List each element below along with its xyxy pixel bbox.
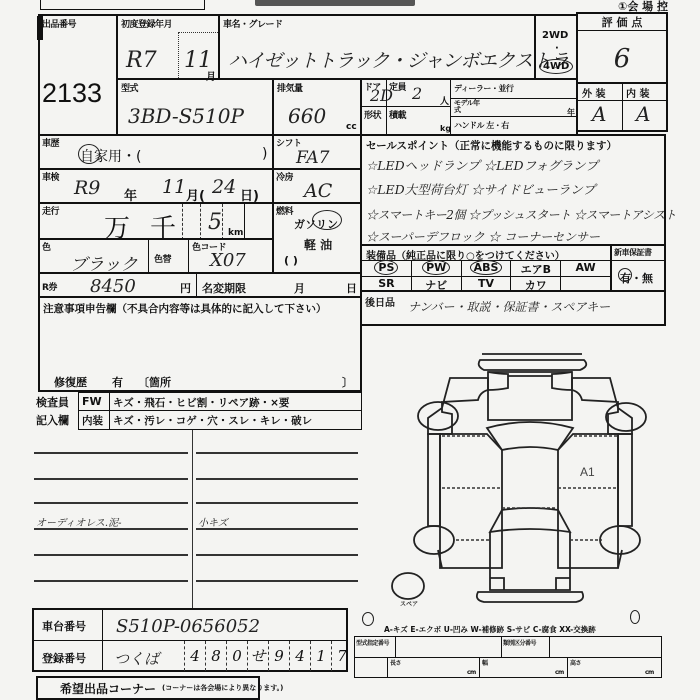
header-boxes [40,0,205,10]
legend-circle-icon [362,612,374,626]
model-grade: ハイゼットトラック・ジャンボエクストラ [228,46,568,73]
plate-label: 登録番号 [42,650,86,666]
left-front-fender [428,378,488,434]
capacity-label: 定員 [389,80,406,93]
interior-items: キズ・汚レ・コゲ・穴・スレ・キレ・破レ [113,413,312,428]
inspection-year: R9 [74,177,100,199]
displacement-label: 排気量 [277,81,303,94]
notes-title: 注意事項申告欄（不具合内容等は具体的に記入して下さい） [43,301,327,316]
inspector-grid: FW キズ・飛石・ヒビ割・リペア跡・×要 内装 キズ・汚レ・コゲ・穴・スレ・キレ… [78,392,362,430]
corner-box: 希望出品コーナー (コーナーは各会場により異なります。) [36,676,260,700]
ruled-line [196,580,358,582]
color-cell: 色 ブラック 色替 色コード X07 [38,238,274,274]
chassis-number: S510P-0656052 [116,616,260,637]
height-label: 高さ [570,658,581,667]
overall-score: 6 [578,44,666,74]
ac-cell: 冷房 AC [272,168,362,204]
ruled-line [34,554,188,556]
equipment-item: ABS [462,261,512,276]
kg-unit: kg [440,124,451,133]
right-side-sill [618,434,632,526]
warranty-box: 新車保証書 有・無 [610,244,666,292]
spec-grid: ドア 2D 定員 2 人 形状 積載 kg ディーラー・並行 モデル年式 年 ハ… [360,78,578,136]
mileage-cell: 走行 万 千 5 km [38,202,274,240]
damage-mark-a1: A1 [580,465,595,479]
first-registration-label: 初度登録年月 [121,17,172,30]
color-change-label: 色替 [154,252,171,265]
dimension-grid: 型式指定番号 類別区分番号 長さ cm 幅 cm 高さ cm [354,636,662,678]
ruled-line [196,478,358,480]
displacement: 660 [288,104,326,128]
fuel-cell: 燃料 ガソリン 軽 油 ( ) [272,202,362,274]
drive-2wd: 2WD [542,30,568,41]
month-divider [178,32,179,80]
model-type-cell: 型式 3BD-S510P [116,78,274,136]
usage-label: 車歴 [42,136,59,149]
ruled-line [34,452,188,454]
width-label: 幅 [482,658,488,667]
load-label: 積載 [389,108,406,121]
length-label: 長さ [390,658,401,667]
sales-point-line: ☆LEDヘッドランプ ☆LEDフォグランプ [366,156,598,174]
wheel-rear-left [414,526,454,554]
yen-unit: 円 [180,280,191,296]
equipment-item: エアB [511,261,561,276]
recycle-fee: 8450 [90,276,136,297]
equipment-box: 装備品（純正品に限り○をつけてください） PSPWABSエアBAW SRナビTV… [360,244,612,292]
wheel-rear-right [600,526,640,554]
exterior-label: 外 装 [582,85,605,100]
shift: FA7 [296,148,329,168]
drive-type-cell: 2WD · 4WD [534,14,578,80]
equipment-row: PSPWABSエアBAW [362,261,610,276]
drive-4wd-circled: 4WD [539,59,573,74]
right-body-side [558,434,618,568]
ruled-line [196,554,358,556]
fuel-label: 燃料 [276,204,293,217]
entry-label: 記入欄 [36,412,69,428]
inspector-note-right: 小キズ [198,514,228,529]
model-designation-label: 型式指定番号 [356,638,389,647]
displacement-cell: 排気量 660 cc [272,78,362,136]
chassis-label: 車台番号 [42,618,86,634]
category-number-label: 類別区分番号 [503,638,536,647]
notes-divider [192,430,193,608]
left-side-sill [428,434,440,526]
windshield [487,422,573,450]
notes-box: 注意事項申告欄（不具合内容等は具体的に記入して下さい） 修復歴 有 〔箇所 〕 [38,296,362,392]
cm-unit: cm [645,669,654,676]
plate-number: 480せ9417 [184,641,352,671]
shape-label: 形状 [364,108,381,121]
chassis-box: 車台番号 登録番号 S510P-0656052 つくば 480せ9417 [32,608,348,672]
usage-close: ) [262,146,267,162]
score-label: 評 価 点 [578,14,666,31]
first-registration-cell: 初度登録年月 R7 11 月 [116,14,220,80]
warranty-circle [618,268,632,282]
capacity: 2 [412,84,422,103]
plate-char: 7 [331,641,352,671]
plate-char: 0 [226,641,247,671]
model-type-label: 型式 [121,81,138,94]
name-change-label: 名変期限 [202,280,246,296]
score-box: 評 価 点 6 外 装 内 装 A A [576,12,668,132]
usage-circle [78,144,100,164]
usage-cell: 車歴 自家用・( ) [38,134,274,170]
legend-zero-mark [630,610,640,624]
month-divider-top [178,32,220,33]
ruled-line [196,502,358,504]
recycle-cell: R券 8450 円 名変期限 月 日 [38,272,362,298]
ac-label: 冷房 [276,170,293,183]
model-grade-label: 車名・グレード [223,17,283,30]
plate-char: せ [247,641,268,671]
spare-label: スペア [400,601,418,608]
ruled-line [196,452,358,454]
header-title-fragment [255,0,415,6]
color-code: X07 [210,250,246,271]
corner-title: 希望出品コーナー [60,680,156,697]
nc-day: 日 [346,280,357,296]
cm-unit: cm [467,669,476,676]
color-label: 色 [42,240,51,253]
corner-mark [37,16,43,40]
spare-tire [392,573,424,599]
inspection-cell: 車検 R9 年 11 月( 24 日) [38,168,274,204]
first-reg-year: R7 [126,48,157,73]
lot-number-label: 出品番号 [42,17,76,30]
recycle-label: R券 [42,280,57,293]
later-items: ナンバー・取説・保証書・スペアキー [408,298,610,315]
front-bumper [479,360,587,370]
plate-region: つくば [114,648,159,669]
mileage-label: 走行 [42,204,59,217]
ruled-line [34,502,188,504]
lot-number-box: 出品番号 2133 [38,14,118,136]
exterior-score: A [592,102,606,126]
hood [488,372,572,420]
interior-label: 内装 [82,413,103,428]
model-year-label: モデル年式 [454,100,484,114]
plate-char: 1 [310,641,331,671]
km-unit: km [228,228,243,238]
sales-points-title: セールスポイント（正常に機能するものに限ります） [366,138,617,153]
equipment-item: PS [362,261,412,276]
dealer-parallel-label: ディーラー・並行 [454,83,513,94]
repair-history-label: 修復歴 [54,374,87,390]
inspection-day: 24 [212,176,236,198]
repair-place: 〔箇所 [138,374,171,390]
damage-legend: A-キズ E-エクボ U-凹み W-補修跡 S-サビ C-腐食 XX-交換跡 [384,624,596,635]
model-type: 3BD-S510P [128,104,244,128]
inspection-month: 11 [162,176,186,198]
corner-note: (コーナーは各会場により異なります。) [162,683,283,693]
interior-label: 内 装 [626,85,649,100]
cm-unit: cm [555,669,564,676]
equipment-item: AW [561,261,610,276]
plate-char: 8 [205,641,226,671]
repair-close: 〕 [342,374,353,390]
later-items-label: 後日品 [365,294,395,309]
model-year-unit: 年 [567,107,575,118]
equipment-item: PW [412,261,462,276]
fw-items: キズ・飛石・ヒビ割・リペア跡・×要 [113,395,289,410]
fuel-other: ( ) [284,254,298,267]
capacity-unit: 人 [440,94,449,107]
warranty-label: 新車保証書 [614,247,652,258]
inspector-note-left: オーディオレス.泥- [36,514,121,529]
wheel-front-right [606,403,646,431]
mileage-value: 5 [208,210,222,235]
nc-month: 月 [294,280,305,296]
model-grade-cell: 車名・グレード ハイゼットトラック・ジャンボエクストラ [218,14,536,80]
sales-point-line: ☆LED大型荷台灯 ☆サイドビューランプ [366,180,595,198]
right-front-fender [572,378,632,434]
repair-has: 有 [112,374,123,390]
sales-points-box: セールスポイント（正常に機能するものに限ります） ☆LEDヘッドランプ ☆LED… [360,134,666,246]
handle-label: ハンドル 左・右 [454,120,509,131]
rear-bumper [477,592,583,602]
sales-point-line: ☆スーパーデフロック ☆ コーナーセンサー [366,228,600,245]
later-items-box: 後日品 ナンバー・取説・保証書・スペアキー [360,290,666,326]
sales-point-line: ☆スマートキー2個 ☆プッシュスタート ☆スマートアシスト [366,206,676,223]
car-damage-diagram: A1 スペア [380,350,700,610]
plate-char: 4 [184,641,205,671]
fw-label: FW [82,395,102,408]
cc-unit: cc [346,122,357,132]
plate-char: 9 [268,641,289,671]
fuel-diesel: 軽 油 [304,236,332,253]
ruled-line [34,478,188,480]
shift-cell: シフト FA7 [272,134,362,170]
ac: AC [304,180,332,202]
ruled-line [34,580,188,582]
plate-char: 4 [289,641,310,671]
interior-score: A [636,102,650,126]
inspector-label: 検査員 [36,394,69,410]
lot-number: 2133 [42,78,102,109]
inspection-label: 車検 [42,170,59,183]
fuel-circle [312,210,342,230]
